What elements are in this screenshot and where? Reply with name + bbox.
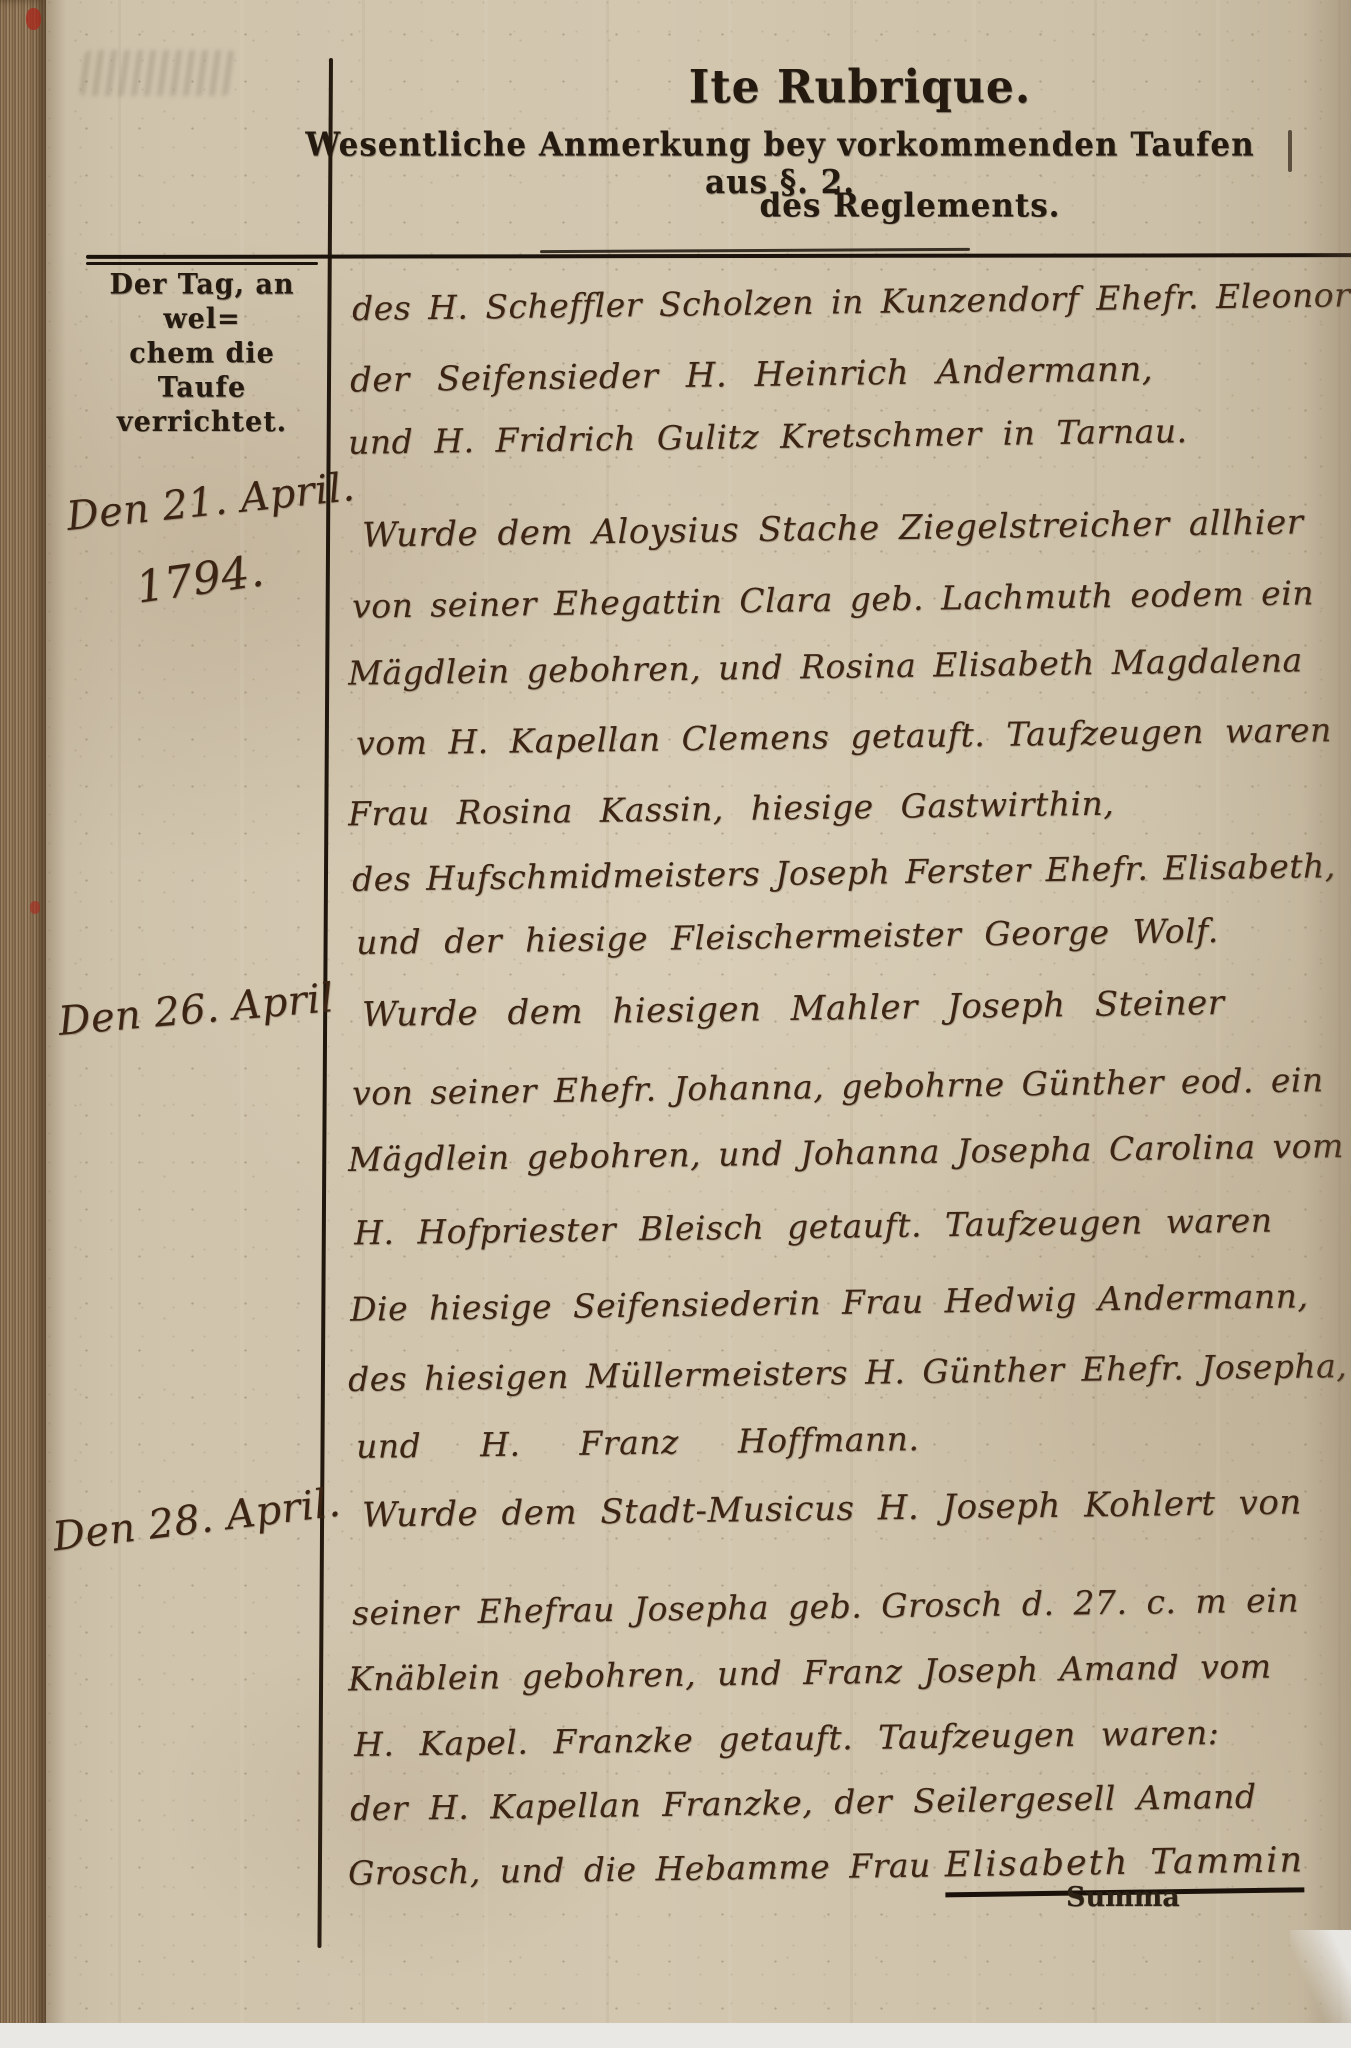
entry-line: der Seifensieder H. Heinrich Andermann, xyxy=(350,352,1154,397)
entry-date: Den 21. April. xyxy=(65,467,357,537)
entry-line: Mägdlein gebohren, und Rosina Elisabeth … xyxy=(348,643,1303,689)
entry-line: Frau Rosina Kassin, hiesige Gastwirthin, xyxy=(348,787,1115,831)
entry-line: Wurde dem hiesigen Mahler Joseph Steiner xyxy=(362,986,1225,1032)
entry-line: H. Kapel. Franzke getauft. Taufzeugen wa… xyxy=(354,1716,1220,1761)
entry-line: und der hiesige Fleischermeister George … xyxy=(356,914,1219,959)
entry-line: vom H. Kapellan Clemens getauft. Taufzeu… xyxy=(356,713,1332,760)
entry-line: Die hiesige Seifensiederin Frau Hedwig A… xyxy=(350,1279,1309,1325)
entry-line: der H. Kapellan Franzke, der Seilergesel… xyxy=(350,1780,1257,1826)
rubric-title: Ite Rubrique. xyxy=(560,61,1160,114)
red-edge-mark xyxy=(26,8,41,30)
date-column-header-line: Der Tag, an wel= xyxy=(88,269,316,338)
scan-background-strip xyxy=(0,2023,1351,2048)
header-rule-double xyxy=(86,262,318,265)
entry-date: Den 26. April xyxy=(57,978,336,1042)
entry-line: seiner Ehefrau Josepha geb. Grosch d. 27… xyxy=(352,1583,1299,1629)
entry-line: des H. Scheffler Scholzen in Kunzendorf … xyxy=(352,278,1351,325)
date-column-header-line: chem die Taufe xyxy=(88,337,316,406)
entry-line: und H. Fridrich Gulitz Kretschmer in Tar… xyxy=(348,414,1188,459)
entry-date-year: 1794. xyxy=(134,549,267,610)
entry-line: H. Hofpriester Bleisch getauft. Taufzeug… xyxy=(354,1204,1273,1250)
rubric-note-line2: des Reglements. xyxy=(700,187,1120,224)
entry-line: und H. Franz Hoffmann. xyxy=(356,1422,920,1463)
entry-line: Knäblein gebohren, und Franz Joseph Aman… xyxy=(348,1650,1272,1696)
page-right-edge-shadow xyxy=(1302,0,1351,2048)
entry-line: des hiesigen Müllermeisters H. Günther E… xyxy=(348,1349,1348,1396)
entry-line: Wurde dem Stadt-Musicus H. Joseph Kohler… xyxy=(362,1485,1302,1532)
stray-ink-mark xyxy=(1288,130,1292,172)
header-rule-overlap xyxy=(540,248,970,253)
summa-label: Summa xyxy=(1066,1882,1180,1913)
red-edge-mark xyxy=(30,901,40,914)
header-rule xyxy=(86,253,1351,259)
entry-line: von seiner Ehefr. Johanna, gebohrne Günt… xyxy=(352,1063,1324,1110)
ink-ghosting-smudge xyxy=(79,50,235,96)
entry-line-text: Grosch, und die Hebamme Frau xyxy=(348,1846,931,1893)
book-page-edges xyxy=(0,0,46,2048)
entry-line: Mägdlein gebohren, und Johanna Josepha C… xyxy=(348,1129,1344,1176)
entry-date: Den 28. April. xyxy=(51,1483,343,1558)
entry-line: des Hufschmidmeisters Joseph Ferster Ehe… xyxy=(352,849,1336,896)
entry-line: Wurde dem Aloysius Stache Ziegelstreiche… xyxy=(362,505,1304,552)
date-column-header-line: verrichtet. xyxy=(88,406,316,440)
register-page-scan: Ite Rubrique. Wesentliche Anmerkung bey … xyxy=(0,0,1351,2048)
entry-line: von seiner Ehegattin Clara geb. Lachmuth… xyxy=(352,576,1314,622)
date-column-header: Der Tag, an wel= chem die Taufe verricht… xyxy=(88,269,316,440)
